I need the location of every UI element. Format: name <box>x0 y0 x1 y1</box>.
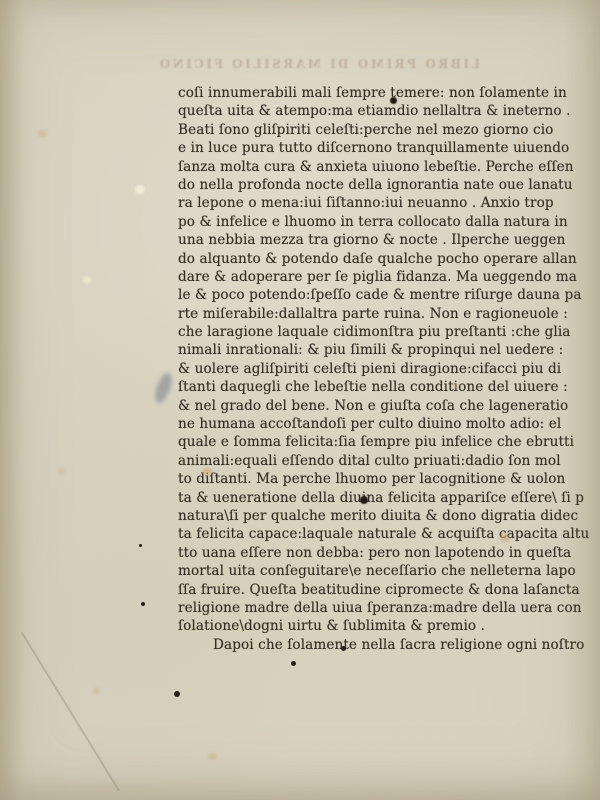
text-line: ſtanti daquegli che lebeſtie nella condi… <box>178 378 538 396</box>
text-line: rte miſerabile:dallaltra parte ruina. No… <box>178 305 538 323</box>
text-line: ſſa fruire. Queſta beatitudine cipromect… <box>178 581 538 599</box>
ink-dot <box>291 661 296 666</box>
text-line: dare & adoperare per ſe piglia fidanza. … <box>178 268 538 286</box>
text-line: to diſtanti. Ma perche lhuomo per lacogn… <box>178 470 538 488</box>
text-line: queſta uita & atempo:ma etiamdio nellalt… <box>178 102 538 120</box>
text-line: che laragione laquale cidimonſtra piu pr… <box>178 323 538 341</box>
text-line: ta & ueneratione della diuina felicita a… <box>178 489 538 507</box>
text-line: ta felicita capace:laquale naturale & ac… <box>178 525 538 543</box>
text-line: do nella profonda nocte della ignorantia… <box>178 176 538 194</box>
text-line: mortal uita conſeguitare\e neceſſario ch… <box>178 562 538 580</box>
text-line: tto uana eſſere non debba: pero non lapo… <box>178 544 538 562</box>
foxing-spot <box>208 753 217 760</box>
text-line: ſolatione\dogni uirtu & ſublimita & prem… <box>178 617 538 635</box>
ink-dot <box>141 602 145 606</box>
text-line: & uolere agliſpiriti celeſti pieni dirag… <box>178 360 538 378</box>
text-line: ra lepone o mena:iui ſiſtanno:iui neuann… <box>178 194 538 212</box>
corner-crease-line <box>21 632 120 791</box>
text-line: coſi innumerabili mali ſempre temere: no… <box>178 84 538 102</box>
text-line: po & infelice e lhuomo in terra collocat… <box>178 213 538 231</box>
text-line: religione madre della uiua ſperanza:madr… <box>178 599 538 617</box>
text-block: coſi innumerabili mali ſempre temere: no… <box>178 84 538 654</box>
foxing-spot <box>135 185 145 194</box>
ink-dot <box>174 691 180 697</box>
foxing-spot <box>38 130 47 137</box>
text-line: nimali inrationali: & piu ſimili & propi… <box>178 341 538 359</box>
text-line-paragraph-start: Dapoi che ſolamente nella ſacra religion… <box>178 636 538 654</box>
text-line: natura\ſi per qualche merito diuita & do… <box>178 507 538 525</box>
gray-smudge <box>152 371 175 406</box>
text-line: & nel grado del bene. Non e giuſta coſa … <box>178 397 538 415</box>
foxing-spot <box>93 688 100 694</box>
text-line: ne humana accoſtandoſi per culto diuino … <box>178 415 538 433</box>
foxing-spot <box>57 468 65 475</box>
text-line: e in luce pura tutto diſcernono tranquil… <box>178 139 538 157</box>
text-line: le & poco potendo:ſpeſſo cade & mentre r… <box>178 286 538 304</box>
manuscript-page: LIBRO PRIMO DI MARSILIO FICINO coſi innu… <box>0 0 600 800</box>
text-line: quale e ſomma felicita:ſia ſempre piu in… <box>178 433 538 451</box>
showthrough-running-title: LIBRO PRIMO DI MARSILIO FICINO <box>168 57 480 73</box>
text-line: una nebbia mezza tra giorno & nocte . Il… <box>178 231 538 249</box>
text-line: ſanza molta cura & anxieta uiuono lebeſt… <box>178 158 538 176</box>
foxing-spot <box>83 276 91 284</box>
text-line: Beati ſono gliſpiriti celeſti:perche nel… <box>178 121 538 139</box>
text-line: animali:equali eſſendo dital culto priua… <box>178 452 538 470</box>
ink-dot <box>139 544 142 547</box>
text-line: do alquanto & potendo daſe qualche pocho… <box>178 250 538 268</box>
